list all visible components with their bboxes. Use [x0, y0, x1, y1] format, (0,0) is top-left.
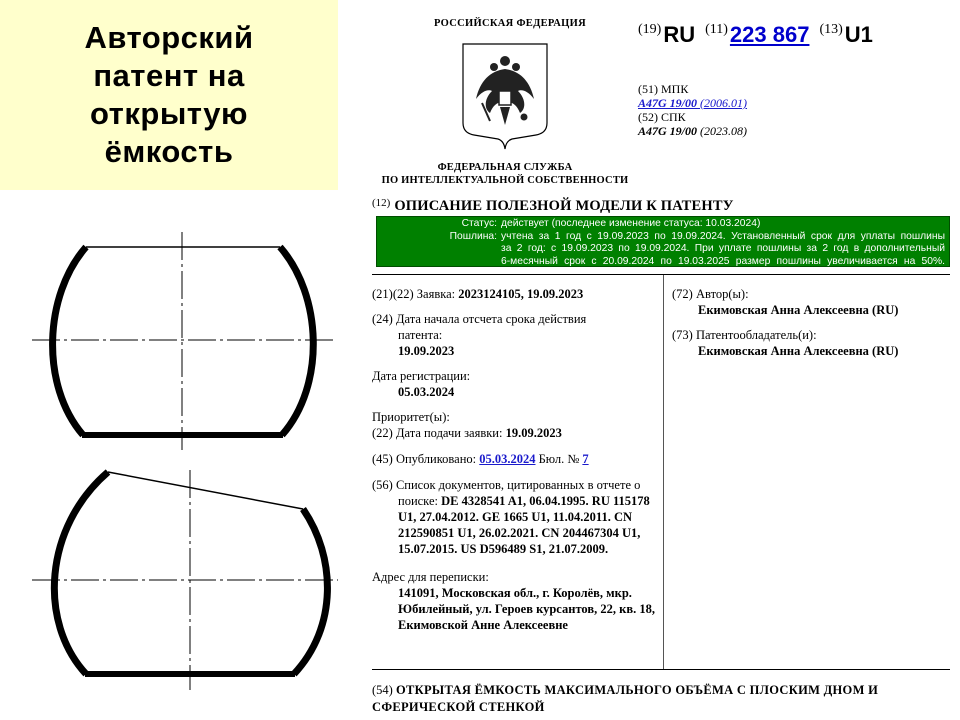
document-title: (12) ОПИСАНИЕ ПОЛЕЗНОЙ МОДЕЛИ К ПАТЕНТУ: [372, 197, 734, 215]
status-banner: Статус: действует (последнее изменение с…: [376, 216, 950, 267]
classification: (51) МПК A47G 19/00 (2006.01) (52) СПК A…: [638, 82, 747, 138]
agency-name: ФЕДЕРАЛЬНАЯ СЛУЖБА ПО ИНТЕЛЛЕКТУАЛЬНОЙ С…: [370, 161, 640, 187]
publication-number: (19)RU (11)223 867 (13)U1: [638, 22, 879, 48]
bulletin-number-link[interactable]: 7: [582, 452, 588, 466]
author-field: (72) Автор(ы): Екимовская Анна Алексеевн…: [672, 286, 952, 318]
bibliographic-right-column: (72) Автор(ы): Екимовская Анна Алексеевн…: [672, 286, 952, 368]
patent-number-link[interactable]: 223 867: [730, 22, 810, 47]
container-oblique-cut-drawing: [0, 462, 340, 702]
cpc-class: A47G 19/00 (2023.08): [638, 124, 747, 138]
term-start-field: (24) Дата начала отсчета срока действия …: [372, 311, 662, 359]
owner-field: (73) Патентообладатель(и): Екимовская Ан…: [672, 327, 952, 359]
divider: [372, 274, 950, 275]
priority-field: Приоритет(ы): (22) Дата подачи заявки: 1…: [372, 409, 662, 441]
patent-document: РОССИЙСКАЯ ФЕДЕРАЦИЯ ФЕДЕРАЛЬНАЯ СЛУЖБА …: [370, 0, 960, 720]
divider: [372, 669, 950, 670]
country-header: РОССИЙСКАЯ ФЕДЕРАЦИЯ: [380, 18, 640, 29]
ipc-class-link[interactable]: A47G 19/00 (2006.01): [638, 96, 747, 110]
russian-coat-of-arms-icon: [460, 41, 550, 151]
slide-heading-line: патент на: [93, 57, 244, 95]
slide-heading: Авторский патент на открытую ёмкость: [0, 0, 338, 190]
slide-heading-line: Авторский: [84, 19, 253, 57]
bibliographic-left-column: (21)(22) Заявка: 2023124105, 19.09.2023 …: [372, 286, 662, 642]
status-value: действует (последнее изменение статуса: …: [501, 218, 945, 231]
utility-model-title: (54) ОТКРЫТАЯ ЁМКОСТЬ МАКСИМАЛЬНОГО ОБЪЁ…: [372, 682, 952, 716]
application-field: (21)(22) Заявка: 2023124105, 19.09.2023: [372, 286, 662, 302]
column-divider: [663, 275, 664, 669]
country-code: RU: [663, 22, 695, 47]
kind-code: U1: [845, 22, 873, 47]
correspondence-address-field: Адрес для переписки: 141091, Московская …: [372, 569, 662, 633]
slide-heading-line: ёмкость: [105, 133, 234, 171]
citations-field: (56) Список документов, цитированных в о…: [372, 477, 662, 557]
published-date-link[interactable]: 05.03.2024: [479, 452, 535, 466]
published-field: (45) Опубликовано: 05.03.2024 Бюл. № 7: [372, 451, 662, 467]
slide-heading-line: открытую: [90, 95, 248, 133]
patent-header-left: РОССИЙСКАЯ ФЕДЕРАЦИЯ ФЕДЕРАЛЬНАЯ СЛУЖБА …: [370, 18, 640, 187]
registration-date-field: Дата регистрации: 05.03.2024: [372, 368, 662, 400]
container-front-view-drawing: [0, 225, 340, 455]
